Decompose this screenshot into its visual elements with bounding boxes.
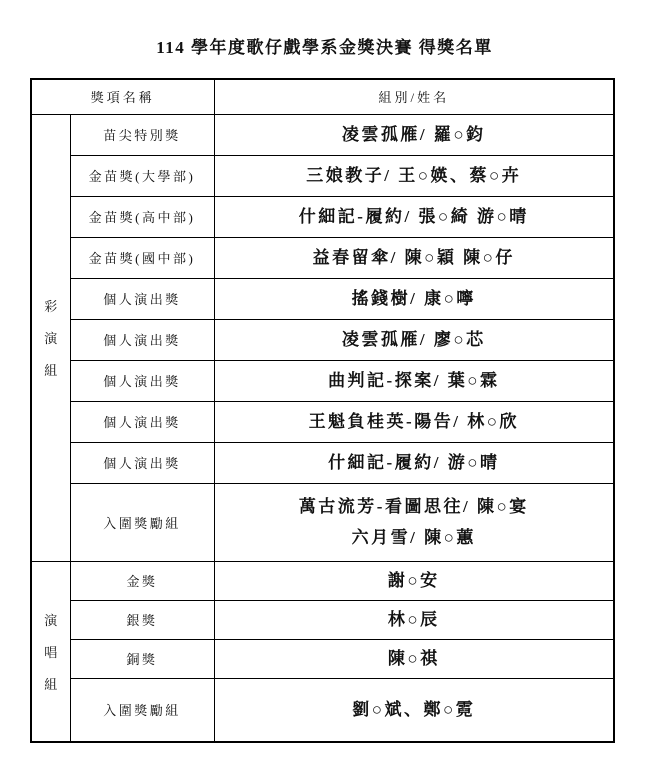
award-cell: 金苗獎(大學部)	[70, 155, 214, 196]
group-char: 演	[32, 328, 70, 347]
names-cell: 陳○祺	[214, 639, 614, 678]
entry-line: 搖錢樹/ 康○嚀	[215, 283, 614, 314]
names-cell: 什細記-履約/ 游○晴	[214, 442, 614, 483]
table-row: 個人演出獎 凌雲孤雁/ 廖○芯	[31, 319, 614, 360]
award-cell: 金獎	[70, 561, 214, 600]
award-cell: 銅獎	[70, 639, 214, 678]
header-row: 獎項名稱 組別/姓名	[31, 79, 614, 114]
award-cell: 入圍獎勵組	[70, 483, 214, 561]
entry-line: 林○辰	[215, 604, 614, 635]
table-row: 金苗獎(國中部) 益春留傘/ 陳○穎 陳○仔	[31, 237, 614, 278]
entry-line: 王魁負桂英-陽告/ 林○欣	[215, 406, 614, 437]
table-row: 演 唱 組 金獎 謝○安	[31, 561, 614, 600]
group-char: 演	[32, 610, 70, 629]
award-cell: 苗尖特別獎	[70, 114, 214, 155]
entry-line: 三娘教子/ 王○媖、蔡○卉	[215, 160, 614, 191]
award-cell: 銀獎	[70, 600, 214, 639]
award-cell: 入圍獎勵組	[70, 678, 214, 742]
group-char: 彩	[32, 296, 70, 315]
names-cell: 凌雲孤雁/ 羅○鈞	[214, 114, 614, 155]
entry-line: 什細記-履約/ 游○晴	[215, 447, 614, 478]
awards-table: 獎項名稱 組別/姓名 彩 演 組 苗尖特別獎 凌雲孤雁/ 羅○鈞 金苗獎(大學部…	[30, 78, 615, 743]
table-row: 銀獎 林○辰	[31, 600, 614, 639]
entry-line: 什細記-履約/ 張○綺 游○晴	[215, 201, 614, 232]
award-cell: 個人演出獎	[70, 360, 214, 401]
names-cell: 王魁負桂英-陽告/ 林○欣	[214, 401, 614, 442]
table-row: 入圍獎勵組 劉○斌、鄭○霓	[31, 678, 614, 742]
group-char: 唱	[32, 642, 70, 661]
entry-line: 陳○祺	[215, 643, 614, 674]
table-row: 金苗獎(高中部) 什細記-履約/ 張○綺 游○晴	[31, 196, 614, 237]
award-cell: 金苗獎(國中部)	[70, 237, 214, 278]
award-cell: 個人演出獎	[70, 278, 214, 319]
entry-line: 六月雪/ 陳○蕙	[215, 522, 614, 553]
names-cell: 萬古流芳-看圖思往/ 陳○宴 六月雪/ 陳○蕙	[214, 483, 614, 561]
header-group-name: 組別/姓名	[214, 79, 614, 114]
names-cell: 凌雲孤雁/ 廖○芯	[214, 319, 614, 360]
table-row: 入圍獎勵組 萬古流芳-看圖思往/ 陳○宴 六月雪/ 陳○蕙	[31, 483, 614, 561]
table-row: 個人演出獎 王魁負桂英-陽告/ 林○欣	[31, 401, 614, 442]
table-row: 個人演出獎 曲判記-探案/ 葉○霖	[31, 360, 614, 401]
header-award-name: 獎項名稱	[31, 79, 214, 114]
entry-line: 曲判記-探案/ 葉○霖	[215, 365, 614, 396]
names-cell: 謝○安	[214, 561, 614, 600]
entry-line: 萬古流芳-看圖思往/ 陳○宴	[215, 491, 614, 522]
table-row: 彩 演 組 苗尖特別獎 凌雲孤雁/ 羅○鈞	[31, 114, 614, 155]
entry-line: 謝○安	[215, 565, 614, 596]
group-char: 組	[32, 674, 70, 693]
names-cell: 三娘教子/ 王○媖、蔡○卉	[214, 155, 614, 196]
group-cell-yanchang: 演 唱 組	[31, 561, 70, 742]
entry-line: 凌雲孤雁/ 羅○鈞	[215, 119, 614, 150]
names-cell: 曲判記-探案/ 葉○霖	[214, 360, 614, 401]
names-cell: 搖錢樹/ 康○嚀	[214, 278, 614, 319]
group-char: 組	[32, 360, 70, 379]
document-page: 114 學年度歌仔戲學系金獎決賽 得獎名單 獎項名稱 組別/姓名 彩 演 組 苗…	[0, 0, 649, 770]
award-cell: 個人演出獎	[70, 442, 214, 483]
award-cell: 個人演出獎	[70, 401, 214, 442]
table-row: 個人演出獎 什細記-履約/ 游○晴	[31, 442, 614, 483]
names-cell: 什細記-履約/ 張○綺 游○晴	[214, 196, 614, 237]
names-cell: 林○辰	[214, 600, 614, 639]
names-cell: 劉○斌、鄭○霓	[214, 678, 614, 742]
page-title: 114 學年度歌仔戲學系金獎決賽 得獎名單	[0, 33, 649, 58]
entry-line: 劉○斌、鄭○霓	[215, 694, 614, 725]
table-row: 個人演出獎 搖錢樹/ 康○嚀	[31, 278, 614, 319]
award-cell: 個人演出獎	[70, 319, 214, 360]
entry-line: 凌雲孤雁/ 廖○芯	[215, 324, 614, 355]
table-row: 金苗獎(大學部) 三娘教子/ 王○媖、蔡○卉	[31, 155, 614, 196]
award-cell: 金苗獎(高中部)	[70, 196, 214, 237]
entry-line: 益春留傘/ 陳○穎 陳○仔	[215, 242, 614, 273]
group-cell-caiyan: 彩 演 組	[31, 114, 70, 561]
names-cell: 益春留傘/ 陳○穎 陳○仔	[214, 237, 614, 278]
table-row: 銅獎 陳○祺	[31, 639, 614, 678]
